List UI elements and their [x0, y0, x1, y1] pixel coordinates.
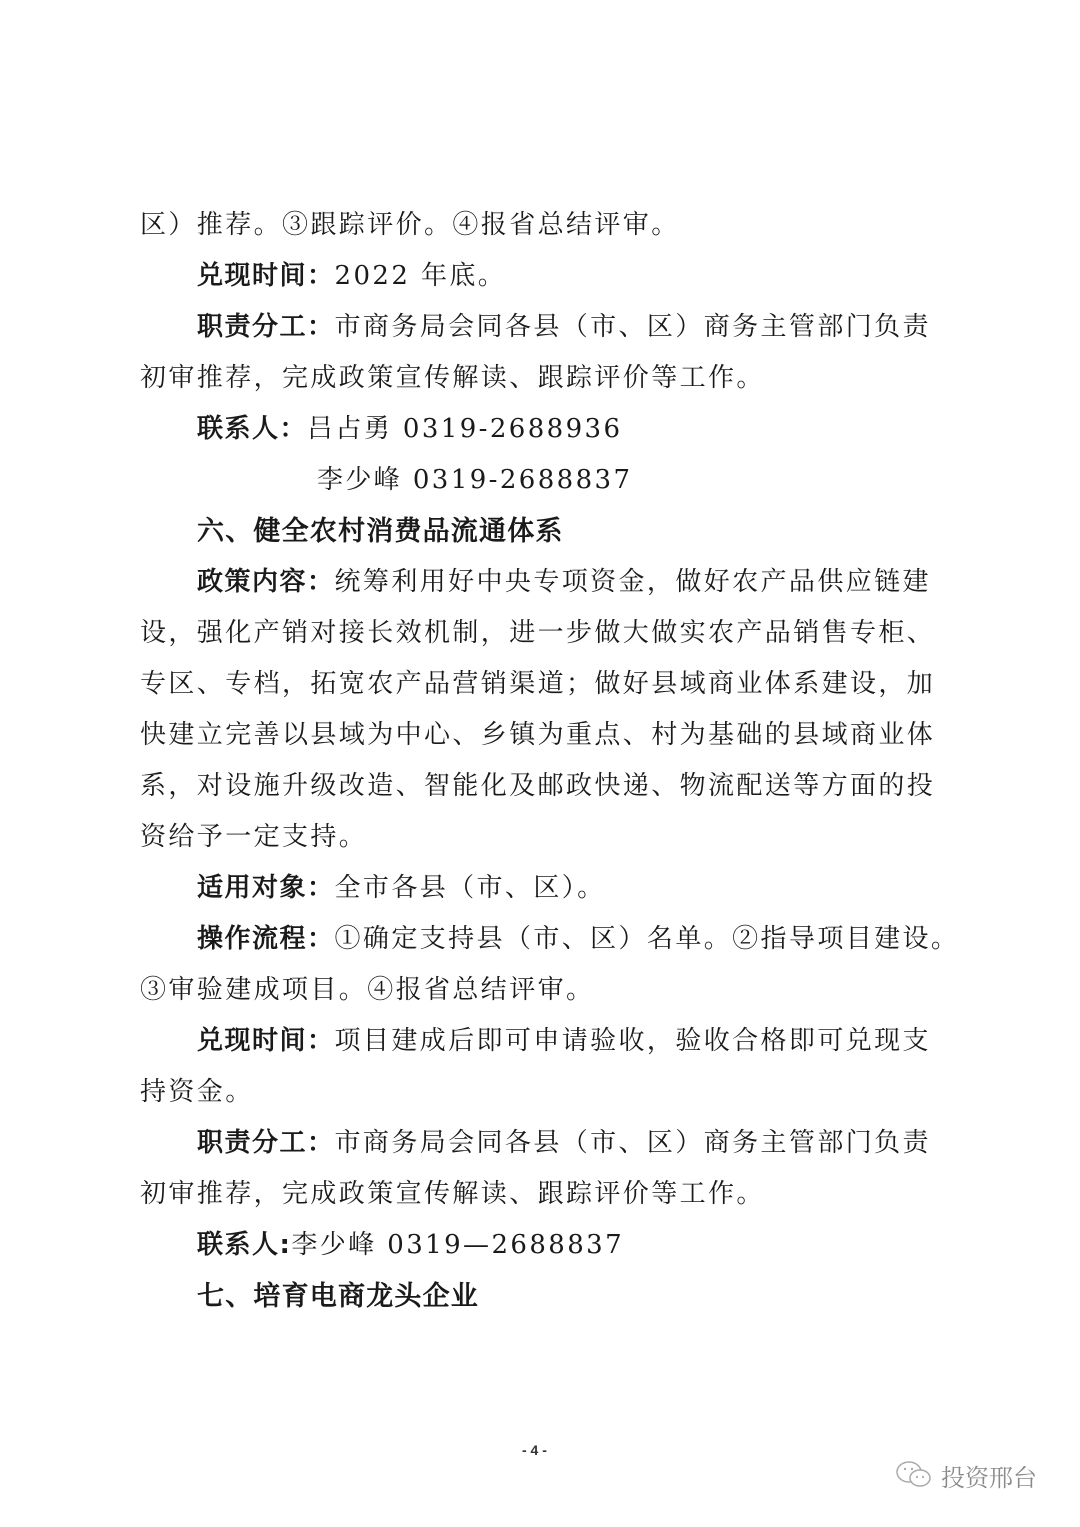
text-line: 联系人:李少峰 0319—2688837: [197, 1220, 624, 1271]
text-line: 持资金。: [140, 1067, 254, 1118]
text-line: 资给予一定支持。: [140, 812, 367, 863]
field-label: 职责分工：: [197, 1128, 335, 1158]
field-label: 联系人：: [197, 414, 307, 444]
page-number: - 4 -: [522, 1442, 547, 1458]
text-line: 设，强化产销对接长效机制，进一步做大做实农产品销售专柜、: [140, 608, 935, 659]
text-line: 操作流程：①确定支持县（市、区）名单。②指导项目建设。: [197, 914, 959, 965]
field-label: 兑现时间：: [197, 1026, 335, 1056]
text-line: 系，对设施升级改造、智能化及邮政快递、物流配送等方面的投: [140, 761, 935, 812]
text-line: 联系人：吕占勇 0319-2688936: [197, 404, 622, 455]
field-label: 操作流程：: [197, 924, 335, 954]
text-line: 职责分工：市商务局会同各县（市、区）商务主管部门负责: [197, 302, 931, 353]
section-heading: 七、培育电商龙头企业: [197, 1271, 479, 1322]
field-label: 政策内容：: [197, 567, 335, 597]
field-label: 适用对象：: [197, 873, 335, 903]
text-line: 李少峰 0319-2688837: [317, 455, 632, 506]
text-line: 兑现时间：项目建成后即可申请验收，验收合格即可兑现支: [197, 1016, 931, 1067]
text-line: 快建立完善以县域为中心、乡镇为重点、村为基础的县域商业体: [140, 710, 935, 761]
text-line: ③审验建成项目。④报省总结评审。: [140, 965, 594, 1016]
watermark-text: 投资邢台: [941, 1458, 1037, 1493]
text-line: 初审推荐，完成政策宣传解读、跟踪评价等工作。: [140, 353, 765, 404]
text-line: 初审推荐，完成政策宣传解读、跟踪评价等工作。: [140, 1169, 765, 1220]
text-line: 政策内容：统筹利用好中央专项资金，做好农产品供应链建: [197, 557, 931, 608]
field-label: 联系人:: [197, 1230, 291, 1260]
wechat-icon: [895, 1460, 935, 1492]
text-line: 职责分工：市商务局会同各县（市、区）商务主管部门负责: [197, 1118, 931, 1169]
section-heading: 六、健全农村消费品流通体系: [197, 506, 564, 557]
text-line: 适用对象：全市各县（市、区）。: [197, 863, 606, 914]
field-label: 职责分工：: [197, 312, 335, 342]
text-line: 专区、专档，拓宽农产品营销渠道；做好县域商业体系建设，加: [140, 659, 935, 710]
watermark: 投资邢台: [895, 1458, 1037, 1493]
text-line: 区）推荐。③跟踪评价。④报省总结评审。: [140, 200, 680, 251]
text-line: 兑现时间：2022 年底。: [197, 251, 506, 302]
field-label: 兑现时间：: [197, 261, 335, 291]
